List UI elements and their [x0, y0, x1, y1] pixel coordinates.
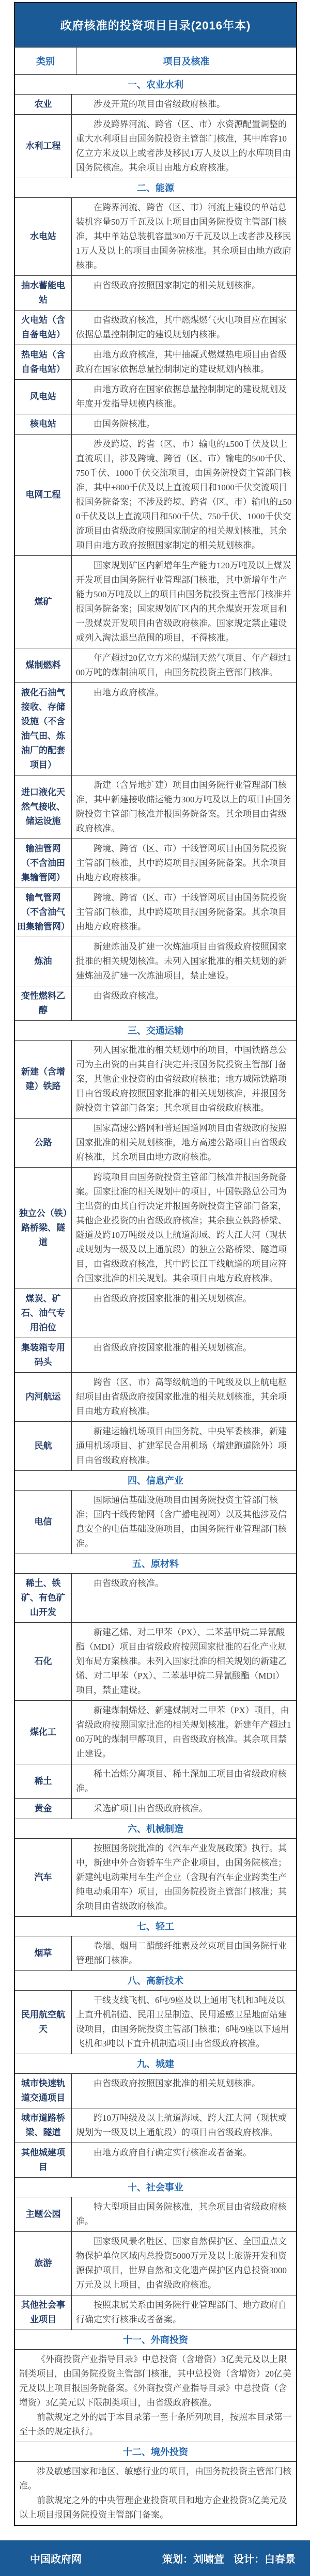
approval-column-header: 项目及核准	[76, 48, 296, 74]
approval-cell: 由地方政府在国家依据总量控制制定的建设规划及年度开发指导规模内核准。	[72, 380, 296, 414]
approval-cell: 采选矿项目由省级政府核准。	[72, 1799, 296, 1819]
section-heading: 八、高新技术	[15, 1970, 296, 1990]
approval-cell: 列入国家批准的相关规划中的项目，中国铁路总公司为主出资的由其自行决定并报国务院投…	[72, 1041, 296, 1118]
category-cell: 液化石油气接收、存储设施（不含油气田、炼油厂的配套项目）	[15, 683, 72, 775]
footer-credit-design: 设计：白春景	[234, 2551, 296, 2566]
approval-cell: 新建（含异地扩建）项目由国务院行业管理部门核准，其中新建接收储运能力300万吨及…	[72, 775, 296, 839]
table-row: 变性燃料乙醇由省级政府核准。	[15, 986, 296, 1020]
approval-paragraph: 按照隶属关系由国务院行业管理部门、地方政府自行确定实行核准或者备案。	[76, 2298, 292, 2327]
section-heading: 五、原材料	[15, 1554, 296, 1573]
approval-cell: 跨境项目由国务院投资主管部门核准并报国务院备案。国家批准的相关规划中的项目，中国…	[72, 1168, 296, 1289]
category-cell: 黄金	[15, 1799, 72, 1819]
approval-paragraph: 由地方政府在国家依据总量控制制定的建设规划及年度开发指导规模内核准。	[76, 382, 292, 411]
approval-cell: 由省级政府按照国家批准的相关规划核准。	[72, 2074, 296, 2108]
section-heading: 十一、外商投资	[15, 2330, 296, 2349]
approval-cell: 新建煤制烯烃、新建煤制对二甲苯（PX）项目，由省级政府按照国家批准的相关规划核准…	[72, 1701, 296, 1764]
table-row: 旅游国家级风景名胜区、国家自然保护区、全国重点文物保护单位区域内总投资5000万…	[15, 2231, 296, 2295]
approval-paragraph: 由国务院核准。	[76, 417, 292, 431]
category-cell: 新建（含增建）铁路	[15, 1041, 72, 1118]
category-cell: 抽水蓄能电站	[15, 276, 72, 310]
category-cell: 稀土	[15, 1764, 72, 1798]
approval-paragraph: 国际通信基础设施项目由国务院投资主管部门核准；国内干线传输网（含广播电视网）以及…	[76, 1493, 292, 1551]
category-cell: 石化	[15, 1623, 72, 1700]
category-cell: 农业	[15, 95, 72, 114]
table-row: 风电站由地方政府在国家依据总量控制制定的建设规划及年度开发指导规模内核准。	[15, 379, 296, 414]
table-row: 公路国家高速公路网和普通国道网项目由省级政府按照国家批准的相关规划核准，地方高速…	[15, 1118, 296, 1167]
section-heading: 三、交通运输	[15, 1020, 296, 1040]
approval-cell: 由省级政府核准。	[72, 1574, 296, 1622]
table-row: 内河航运跨省（区、市）高等级航道的千吨级及以上航电枢纽项目由省级政府按国家批准的…	[15, 1372, 296, 1421]
footer-credit-plan: 策划：刘啸萱	[162, 2551, 224, 2566]
approval-cell: 由地方政府自行确定实行核准或者备案。	[72, 2143, 296, 2177]
approval-paragraph: 跨境、跨省（区、市）干线管网项目由国务院投资主管部门核准，其中跨境项目报国务院备…	[76, 891, 292, 934]
table-row: 输气管网（不含油气田集输管网）跨境、跨省（区、市）干线管网项目由国务院投资主管部…	[15, 888, 296, 937]
approval-paragraph: 由省级政府核准，其中燃煤燃气火电项目应在国家依据总量控制制定的建设规划内核准。	[76, 313, 292, 342]
category-cell: 烟草	[15, 1936, 72, 1970]
approval-paragraph: 跨省（区、市）高等级航道的千吨级及以上航电枢纽项目由省级政府按国家批准的相关规划…	[76, 1375, 292, 1419]
section-fullwidth-cell: 《外商投资产业指导目录》中总投资（含增资）3亿美元及以上限制类项目，由国务院投资…	[15, 2349, 296, 2442]
category-cell: 火电站（含自备电站）	[15, 311, 72, 345]
section-heading: 四、信息产业	[15, 1470, 296, 1490]
table-row: 电信国际通信基础设施项目由国务院投资主管部门核准；国内干线传输网（含广播电视网）…	[15, 1490, 296, 1554]
section-paragraph: 前款规定之外的中央管理企业投资项目和地方企业投资3亿美元及以上项目报国务院投资主…	[19, 2493, 292, 2522]
table-row: 输油管网（不含油田集输管网）跨境、跨省（区、市）干线管网项目由国务院投资主管部门…	[15, 839, 296, 888]
table-row: 独立公（铁）路桥梁、隧道跨境项目由国务院投资主管部门核准并报国务院备案。国家批准…	[15, 1167, 296, 1289]
category-cell: 独立公（铁）路桥梁、隧道	[15, 1168, 72, 1289]
approval-paragraph: 卷烟、烟用二醋酸纤维素及丝束项目由国务院行业管理部门核准。	[76, 1939, 292, 1968]
category-cell: 公路	[15, 1119, 72, 1167]
section-paragraph: 涉及敏感国家和地区、敏感行业的项目，由国务院投资主管部门核准。	[19, 2464, 292, 2493]
approval-cell: 新建运输机场项目由国务院、中央军委核准，新建通用机场项目、扩建军民合用机场（增建…	[72, 1422, 296, 1470]
category-cell: 旅游	[15, 2232, 72, 2295]
table-row: 集装箱专用码头由省级政府按国家批准的相关规划核准。	[15, 1338, 296, 1372]
section-heading: 六、机械制造	[15, 1819, 296, 1838]
column-header-row: 类别 项目及核准	[15, 47, 296, 74]
category-cell: 核电站	[15, 414, 72, 434]
approval-cell: 由省级政府核准，其中燃煤燃气火电项目应在国家依据总量控制制定的建设规划内核准。	[72, 311, 296, 345]
table-row: 民航新建运输机场项目由国务院、中央军委核准，新建通用机场项目、扩建军民合用机场（…	[15, 1421, 296, 1470]
approval-cell: 跨10万吨级及以上航道海域、跨大江大河（现状或规划为一级及以上通航段）的项目由省…	[72, 2108, 296, 2143]
approval-paragraph: 新建煤制烯烃、新建煤制对二甲苯（PX）项目，由省级政府按照国家批准的相关规划核准…	[76, 1703, 292, 1761]
category-cell: 水利工程	[15, 115, 72, 178]
catalog-table-body: 一、农业水利农业涉及开荒的项目由省级政府核准。水利工程涉及跨界河流、跨省（区、市…	[15, 74, 296, 2525]
footer-credits: 策划：刘啸萱 设计：白春景	[162, 2551, 296, 2566]
category-cell: 集装箱专用码头	[15, 1338, 72, 1372]
approval-paragraph: 干线支线飞机、6吨/9座及以上通用飞机和3吨及以上直升机制造、民用卫星制造、民用…	[76, 1993, 292, 2051]
section-paragraph: 《外商投资产业指导目录》中总投资（含增资）3亿美元及以上限制类项目，由国务院投资…	[19, 2352, 292, 2410]
table-row: 稀土稀土冶炼分离项目、稀土深加工项目由省级政府核准。	[15, 1764, 296, 1798]
approval-cell: 新建乙烯、对二甲苯（PX）、二苯基甲烷二异氰酸酯（MDI）项目由省级政府按照国家…	[72, 1623, 296, 1700]
approval-paragraph: 新建（含异地扩建）项目由国务院行业管理部门核准，其中新建接收储运能力300万吨及…	[76, 778, 292, 836]
approval-cell: 由省级政府按国家批准的相关规划核准。	[72, 1289, 296, 1338]
category-cell: 炼油	[15, 937, 72, 986]
category-cell: 内河航运	[15, 1373, 72, 1421]
approval-paragraph: 由省级政府按照国家制定的相关规划核准。	[76, 278, 292, 293]
approval-paragraph: 由省级政府按国家批准的相关规划核准。	[76, 1292, 292, 1306]
document-title: 政府核准的投资项目目录(2016年本)	[15, 3, 296, 47]
approval-cell: 由地方政府核准。	[72, 683, 296, 775]
approval-paragraph: 涉及开荒的项目由省级政府核准。	[76, 97, 292, 112]
category-cell: 变性燃料乙醇	[15, 986, 72, 1020]
approval-paragraph: 国家高速公路网和普通国道网项目由省级政府按照国家批准的相关规划核准，地方高速公路…	[76, 1121, 292, 1165]
table-row: 民用航空航天干线支线飞机、6吨/9座及以上通用飞机和3吨及以上直升机制造、民用卫…	[15, 1990, 296, 2054]
approval-cell: 跨省（区、市）高等级航道的千吨级及以上航电枢纽项目由省级政府按国家批准的相关规划…	[72, 1373, 296, 1421]
approval-cell: 跨境、跨省（区、市）干线管网项目由国务院投资主管部门核准，其中跨境项目报国务院备…	[72, 888, 296, 937]
approval-paragraph: 新建乙烯、对二甲苯（PX）、二苯基甲烷二异氰酸酯（MDI）项目由省级政府按照国家…	[76, 1625, 292, 1698]
table-row: 主题公园特大型项目由国务院核准，其余项目由省级政府核准。	[15, 2197, 296, 2231]
approval-paragraph: 新建炼油及扩建一次炼油项目由省级政府按照国家批准的相关规划核准。未列入国家批准的…	[76, 940, 292, 983]
table-row: 进口液化天然气接收、储运设施新建（含异地扩建）项目由国务院行业管理部门核准，其中…	[15, 775, 296, 839]
section-heading: 一、农业水利	[15, 74, 296, 94]
category-cell: 汽车	[15, 1839, 72, 1916]
table-row: 热电站（含自备电站）由地方政府核准，其中抽凝式燃煤热电项目由省级政府在国家依据总…	[15, 345, 296, 379]
approval-paragraph: 跨境、跨省（区、市）干线管网项目由国务院投资主管部门核准，其中跨境项目报国务院备…	[76, 842, 292, 885]
approval-paragraph: 新建运输机场项目由国务院、中央军委核准，新建通用机场项目、扩建军民合用机场（增建…	[76, 1424, 292, 1468]
approval-paragraph: 涉及跨界河流、跨省（区、市）水资源配置调整的重大水利项目由国务院投资主管部门核准…	[76, 117, 292, 175]
table-row: 城市快速轨道交通项目由省级政府按照国家批准的相关规划核准。	[15, 2073, 296, 2108]
document-page: 政府核准的投资项目目录(2016年本) 类别 项目及核准 一、农业水利农业涉及开…	[0, 2, 310, 2576]
approval-paragraph: 由省级政府核准。	[76, 1576, 292, 1591]
table-row: 黄金采选矿项目由省级政府核准。	[15, 1798, 296, 1819]
category-cell: 水电站	[15, 198, 72, 275]
approval-paragraph: 跨10万吨级及以上航道海域、跨大江大河（现状或规划为一级及以上通航段）的项目由省…	[76, 2111, 292, 2140]
approval-cell: 国家高速公路网和普通国道网项目由省级政府按照国家批准的相关规划核准，地方高速公路…	[72, 1119, 296, 1167]
table-row: 烟草卷烟、烟用二醋酸纤维素及丝束项目由国务院行业管理部门核准。	[15, 1936, 296, 1970]
approval-paragraph: 由省级政府按国家批准的相关规划核准。	[76, 1341, 292, 1355]
category-cell: 煤制燃料	[15, 648, 72, 682]
approval-paragraph: 国家级风景名胜区、国家自然保护区、全国重点文物保护单位区域内总投资5000万元及…	[76, 2234, 292, 2292]
table-row: 煤矿国家规划矿区内新增年生产能力120万吨及以上煤炭开发项目由国务院行业管理部门…	[15, 555, 296, 648]
table-row: 电网工程涉及跨境、跨省（区、市）输电的±500千伏及以上直流项目，涉及跨境、跨省…	[15, 434, 296, 555]
category-cell: 煤矿	[15, 556, 72, 648]
footer-site-name: 中国政府网	[30, 2551, 82, 2566]
category-cell: 城市快速轨道交通项目	[15, 2074, 72, 2108]
table-row: 农业涉及开荒的项目由省级政府核准。	[15, 94, 296, 114]
table-row: 水电站在跨界河流、跨省（区、市）河流上建设的单站总装机容量50万千瓦及以上项目由…	[15, 197, 296, 275]
table-row: 城市道路桥梁、隧道跨10万吨级及以上航道海域、跨大江大河（现状或规划为一级及以上…	[15, 2108, 296, 2143]
approval-cell: 由省级政府核准。	[72, 986, 296, 1020]
table-row: 水利工程涉及跨界河流、跨省（区、市）水资源配置调整的重大水利项目由国务院投资主管…	[15, 114, 296, 178]
approval-paragraph: 稀土冶炼分离项目、稀土深加工项目由省级政府核准。	[76, 1767, 292, 1796]
category-cell: 煤炭、矿石、油气专用泊位	[15, 1289, 72, 1338]
approval-cell: 按照国务院批准的《汽车产业发展政策》执行。其中，新建中外合资轿车生产企业项目，由…	[72, 1839, 296, 1916]
category-cell: 主题公园	[15, 2197, 72, 2231]
category-cell: 热电站（含自备电站）	[15, 345, 72, 379]
table-row: 液化石油气接收、存储设施（不含油气田、炼油厂的配套项目）由地方政府核准。	[15, 682, 296, 775]
approval-cell: 特大型项目由国务院核准，其余项目由省级政府核准。	[72, 2197, 296, 2231]
category-cell: 风电站	[15, 380, 72, 414]
section-heading: 十二、境外投资	[15, 2442, 296, 2461]
approval-paragraph: 由地方政府自行确定实行核准或者备案。	[76, 2146, 292, 2160]
category-cell: 输油管网（不含油田集输管网）	[15, 839, 72, 888]
approval-cell: 按照隶属关系由国务院行业管理部门、地方政府自行确定实行核准或者备案。	[72, 2295, 296, 2330]
category-cell: 稀土、铁矿、有色矿山开发	[15, 1574, 72, 1622]
category-cell: 其他社会事业项目	[15, 2295, 72, 2330]
section-heading: 九、城建	[15, 2054, 296, 2073]
category-cell: 煤化工	[15, 1701, 72, 1764]
approval-cell: 涉及跨界河流、跨省（区、市）水资源配置调整的重大水利项目由国务院投资主管部门核准…	[72, 115, 296, 178]
catalog-table: 政府核准的投资项目目录(2016年本) 类别 项目及核准 一、农业水利农业涉及开…	[14, 2, 297, 2526]
approval-cell: 年产超过20亿立方米的煤制天然气项目、年产超过100万吨的煤制油项目，由国务院投…	[72, 648, 296, 682]
category-cell: 电信	[15, 1491, 72, 1554]
table-row: 煤制燃料年产超过20亿立方米的煤制天然气项目、年产超过100万吨的煤制油项目，由…	[15, 648, 296, 682]
table-row: 火电站（含自备电站）由省级政府核准，其中燃煤燃气火电项目应在国家依据总量控制制定…	[15, 310, 296, 345]
approval-cell: 新建炼油及扩建一次炼油项目由省级政府按照国家批准的相关规划核准。未列入国家批准的…	[72, 937, 296, 986]
category-cell: 民用航空航天	[15, 1991, 72, 2054]
approval-paragraph: 在跨界河流、跨省（区、市）河流上建设的单站总装机容量50万千瓦及以上项目由国务院…	[76, 200, 292, 273]
table-row: 煤炭、矿石、油气专用泊位由省级政府按国家批准的相关规划核准。	[15, 1289, 296, 1338]
approval-cell: 由国务院核准。	[72, 414, 296, 434]
section-heading: 二、能源	[15, 178, 296, 197]
approval-cell: 国家级风景名胜区、国家自然保护区、全国重点文物保护单位区域内总投资5000万元及…	[72, 2232, 296, 2295]
table-row: 其他社会事业项目按照隶属关系由国务院行业管理部门、地方政府自行确定实行核准或者备…	[15, 2295, 296, 2330]
approval-paragraph: 由地方政府核准。	[76, 686, 292, 700]
table-row: 炼油新建炼油及扩建一次炼油项目由省级政府按照国家批准的相关规划核准。未列入国家批…	[15, 937, 296, 986]
category-cell: 城市道路桥梁、隧道	[15, 2108, 72, 2143]
approval-paragraph: 特大型项目由国务院核准，其余项目由省级政府核准。	[76, 2200, 292, 2229]
approval-cell: 国家规划矿区内新增年生产能力120万吨及以上煤炭开发项目由国务院行业管理部门核准…	[72, 556, 296, 648]
approval-cell: 由省级政府按照国家制定的相关规划核准。	[72, 276, 296, 310]
approval-paragraph: 按照国务院批准的《汽车产业发展政策》执行。其中，新建中外合资轿车生产企业项目，由…	[76, 1841, 292, 1914]
table-row: 石化新建乙烯、对二甲苯（PX）、二苯基甲烷二异氰酸酯（MDI）项目由省级政府按照…	[15, 1622, 296, 1700]
approval-paragraph: 由省级政府按照国家批准的相关规划核准。	[76, 2076, 292, 2091]
category-cell: 电网工程	[15, 434, 72, 555]
table-row: 其他城建项目由地方政府自行确定实行核准或者备案。	[15, 2143, 296, 2177]
table-row: 稀土、铁矿、有色矿山开发由省级政府核准。	[15, 1573, 296, 1622]
table-row: 抽水蓄能电站由省级政府按照国家制定的相关规划核准。	[15, 275, 296, 310]
approval-paragraph: 由省级政府核准。	[76, 989, 292, 1003]
approval-cell: 涉及开荒的项目由省级政府核准。	[72, 95, 296, 114]
approval-cell: 稀土冶炼分离项目、稀土深加工项目由省级政府核准。	[72, 1764, 296, 1798]
category-cell: 输气管网（不含油气田集输管网）	[15, 888, 72, 937]
section-heading: 十、社会事业	[15, 2177, 296, 2197]
approval-paragraph: 国家规划矿区内新增年生产能力120万吨及以上煤炭开发项目由国务院行业管理部门核准…	[76, 558, 292, 645]
section-paragraph: 前款规定之外的属于本目录第一至十条所列项目，按照本目录第一至十条的规定执行。	[19, 2410, 292, 2439]
approval-paragraph: 由地方政府核准，其中抽凝式燃煤热电项目由省级政府在国家依据总量控制制定的建设规划…	[76, 348, 292, 377]
section-fullwidth-cell: 涉及敏感国家和地区、敏感行业的项目，由国务院投资主管部门核准。前款规定之外的中央…	[15, 2461, 296, 2525]
table-row: 汽车按照国务院批准的《汽车产业发展政策》执行。其中，新建中外合资轿车生产企业项目…	[15, 1838, 296, 1916]
category-column-header: 类别	[15, 48, 76, 74]
approval-cell: 由地方政府核准，其中抽凝式燃煤热电项目由省级政府在国家依据总量控制制定的建设规划…	[72, 345, 296, 379]
section-heading: 七、轻工	[15, 1916, 296, 1936]
category-cell: 民航	[15, 1422, 72, 1470]
approval-cell: 跨境、跨省（区、市）干线管网项目由国务院投资主管部门核准，其中跨境项目报国务院备…	[72, 839, 296, 888]
table-row: 煤化工新建煤制烯烃、新建煤制对二甲苯（PX）项目，由省级政府按照国家批准的相关规…	[15, 1700, 296, 1764]
approval-cell: 干线支线飞机、6吨/9座及以上通用飞机和3吨及以上直升机制造、民用卫星制造、民用…	[72, 1991, 296, 2054]
category-cell: 其他城建项目	[15, 2143, 72, 2177]
table-row: 核电站由国务院核准。	[15, 414, 296, 434]
approval-paragraph: 涉及跨境、跨省（区、市）输电的±500千伏及以上直流项目，涉及跨境、跨省（区、市…	[76, 437, 292, 553]
approval-paragraph: 年产超过20亿立方米的煤制天然气项目、年产超过100万吨的煤制油项目，由国务院投…	[76, 651, 292, 680]
approval-cell: 国际通信基础设施项目由国务院投资主管部门核准；国内干线传输网（含广播电视网）以及…	[72, 1491, 296, 1554]
table-row: 新建（含增建）铁路列入国家批准的相关规划中的项目，中国铁路总公司为主出资的由其自…	[15, 1040, 296, 1118]
approval-cell: 涉及跨境、跨省（区、市）输电的±500千伏及以上直流项目，涉及跨境、跨省（区、市…	[72, 434, 296, 555]
approval-cell: 在跨界河流、跨省（区、市）河流上建设的单站总装机容量50万千瓦及以上项目由国务院…	[72, 198, 296, 275]
approval-paragraph: 列入国家批准的相关规划中的项目，中国铁路总公司为主出资的由其自行决定并报国务院投…	[76, 1043, 292, 1115]
approval-cell: 卷烟、烟用二醋酸纤维素及丝束项目由国务院行业管理部门核准。	[72, 1936, 296, 1970]
category-cell: 进口液化天然气接收、储运设施	[15, 775, 72, 839]
approval-paragraph: 采选矿项目由省级政府核准。	[76, 1802, 292, 1816]
approval-paragraph: 跨境项目由国务院投资主管部门核准并报国务院备案。国家批准的相关规划中的项目，中国…	[76, 1170, 292, 1286]
approval-cell: 由省级政府按国家批准的相关规划核准。	[72, 1338, 296, 1372]
footer-bar: 中国政府网 策划：刘啸萱 设计：白春景	[0, 2540, 310, 2576]
